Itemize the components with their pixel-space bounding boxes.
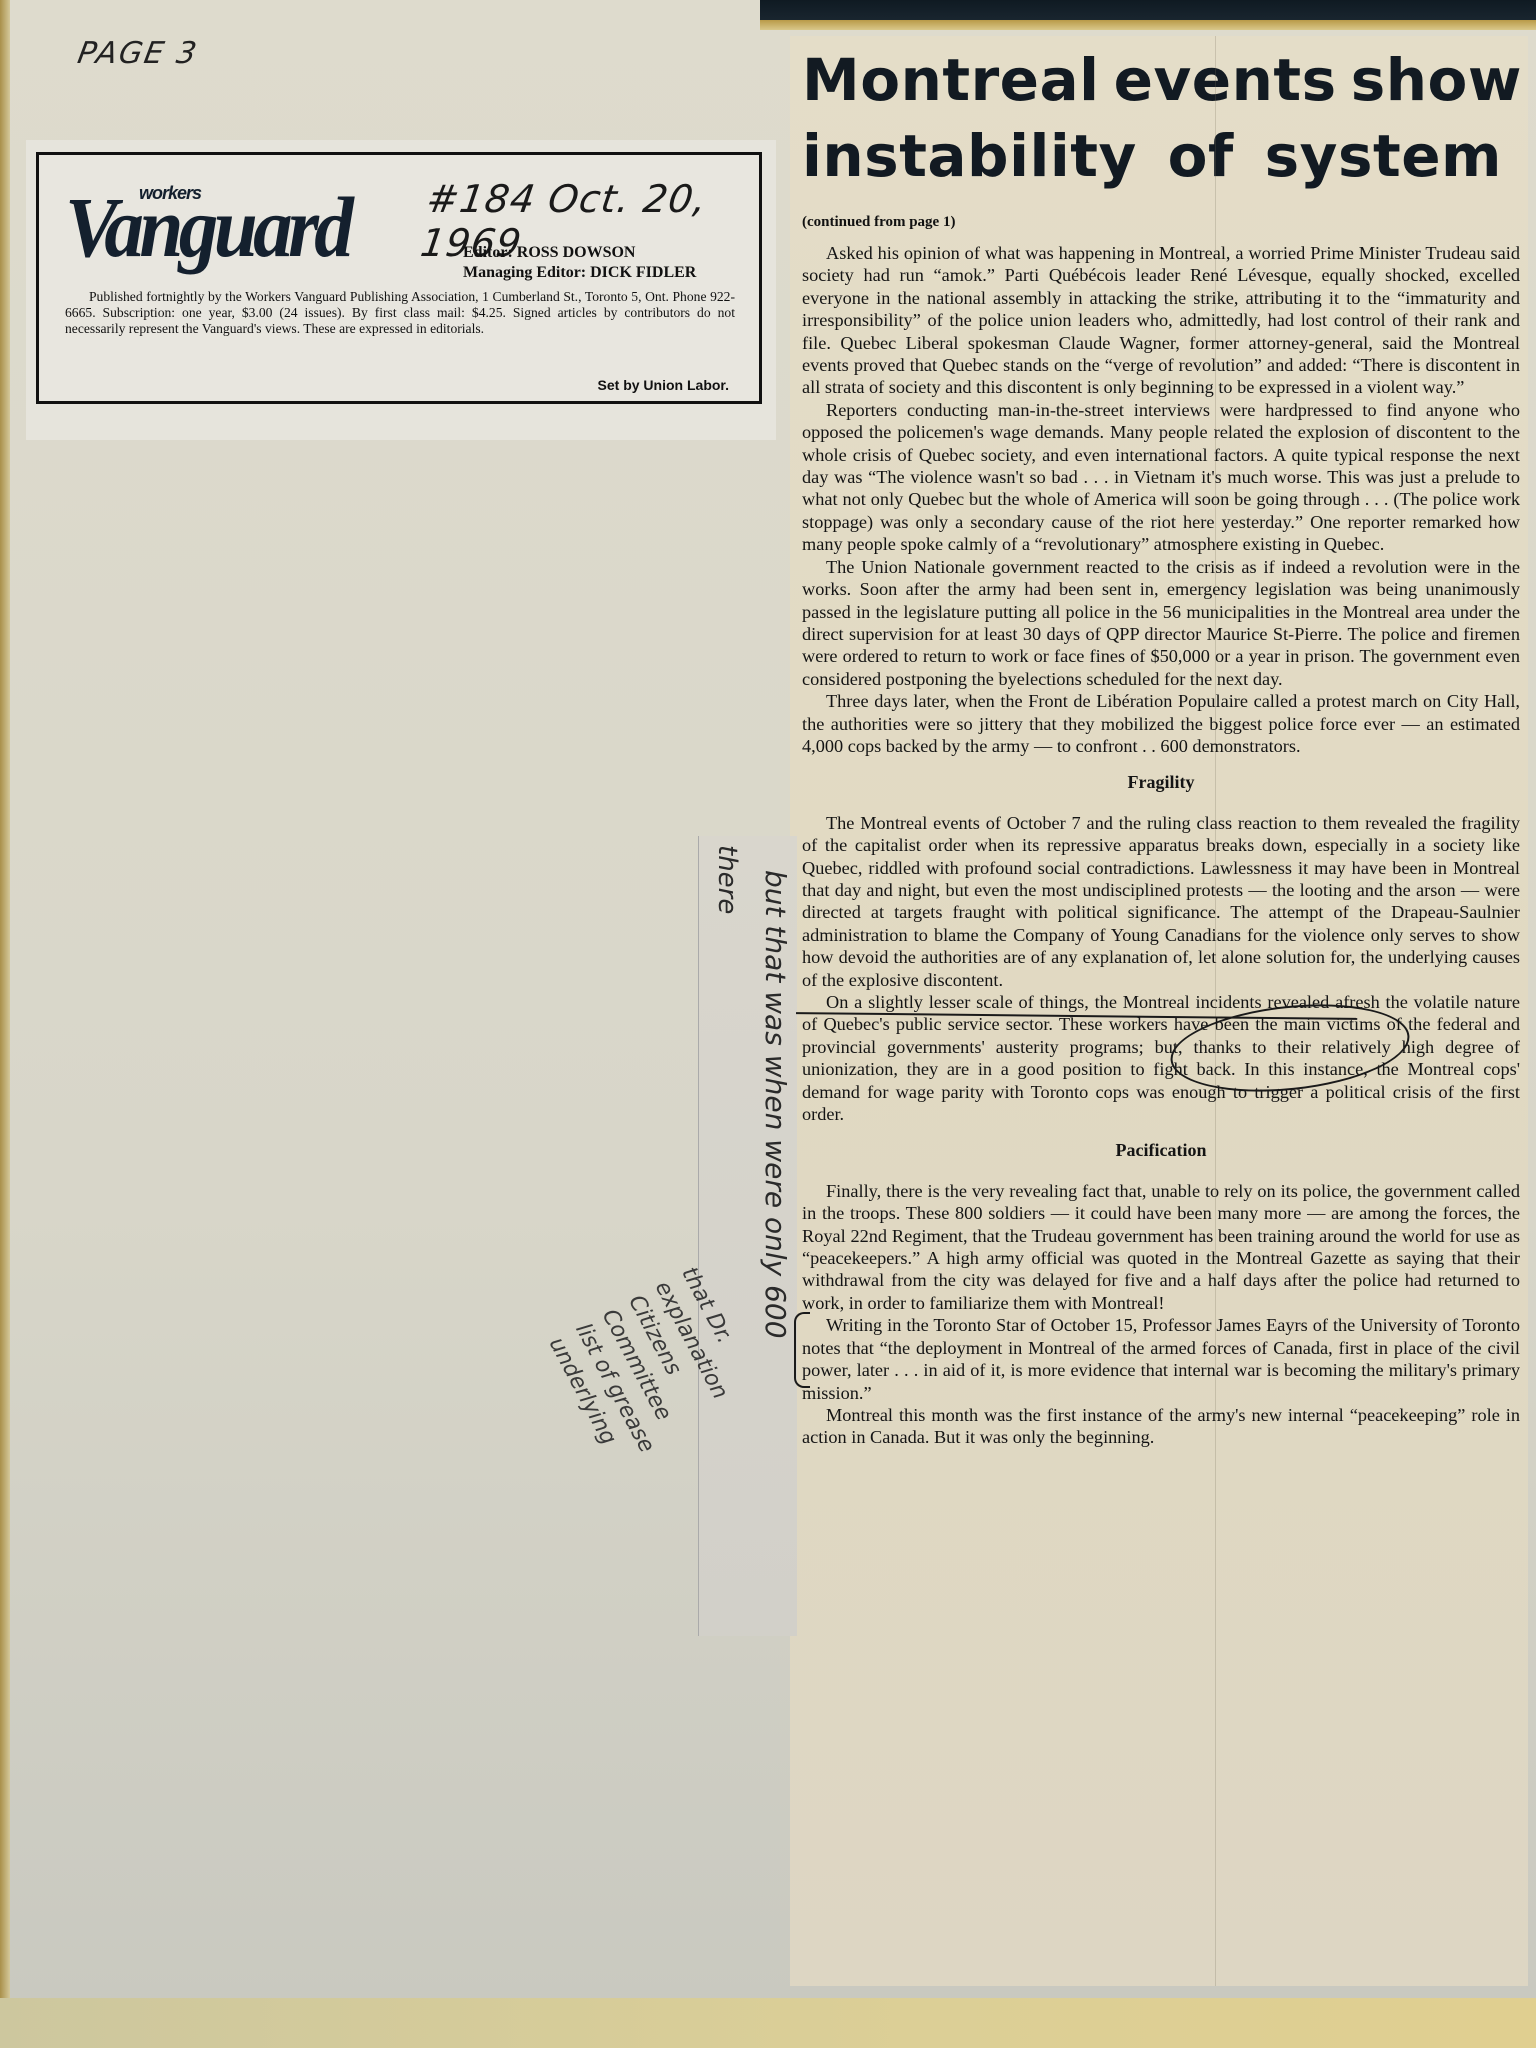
masthead-editors: Editor: ROSS DOWSON Managing Editor: DIC… xyxy=(463,243,696,283)
paragraph: The Union Nationale government reacted t… xyxy=(802,556,1520,690)
continued-note: (continued from page 1) xyxy=(802,214,955,231)
scan-top-dark-edge xyxy=(760,0,1536,22)
managing-editor: Managing Editor: DICK FIDLER xyxy=(463,263,696,283)
paragraph: Reporters conducting man-in-the-street i… xyxy=(802,399,1520,556)
headline-word: of xyxy=(1168,118,1234,194)
headline-word: instability xyxy=(802,118,1137,194)
scan-top-yellow-edge xyxy=(760,20,1536,30)
headline-word: show xyxy=(1351,42,1522,118)
headline-word: events xyxy=(1114,42,1337,118)
paragraph: Montreal this month was the first instan… xyxy=(802,1404,1520,1449)
headline-word: Montreal xyxy=(802,42,1100,118)
editor: Editor: ROSS DOWSON xyxy=(463,243,696,263)
scan-bottom-edge xyxy=(0,1998,1536,2048)
union-label: Set by Union Labor. xyxy=(598,377,729,393)
subhead-fragility: Fragility xyxy=(802,771,1520,793)
handwritten-note-there: there xyxy=(712,845,742,914)
masthead-clipping: Vanguard workers #184 Oct. 20, 1969 Edit… xyxy=(26,140,776,440)
article-headline: Montreal events show instability of syst… xyxy=(802,42,1522,194)
paragraph: Finally, there is the very revealing fac… xyxy=(802,1180,1520,1314)
pen-bracket-mark xyxy=(794,1312,810,1388)
scan-left-edge xyxy=(0,0,10,2048)
paragraph: Writing in the Toronto Star of October 1… xyxy=(802,1314,1520,1404)
paragraph: On a slightly lesser scale of things, th… xyxy=(802,991,1520,1125)
masthead-box: Vanguard workers #184 Oct. 20, 1969 Edit… xyxy=(36,152,762,404)
masthead-workers: workers xyxy=(139,183,201,204)
paper-fold-line xyxy=(1215,36,1216,1986)
publication-info: Published fortnightly by the Workers Van… xyxy=(65,289,735,337)
paragraph: The Montreal events of October 7 and the… xyxy=(802,812,1520,991)
paragraph: Three days later, when the Front de Libé… xyxy=(802,690,1520,757)
masthead-title: Vanguard xyxy=(65,177,349,277)
article-clipping: Montreal events show instability of syst… xyxy=(790,36,1528,1986)
headline-word: system xyxy=(1265,118,1502,194)
article-body: Asked his opinion of what was happening … xyxy=(802,242,1520,1449)
handwritten-note-but-that: but that was when were only 600 xyxy=(759,870,792,1339)
paragraph: Asked his opinion of what was happening … xyxy=(802,242,1520,399)
subhead-pacification: Pacification xyxy=(802,1139,1520,1161)
page-label: PAGE 3 xyxy=(75,36,201,71)
